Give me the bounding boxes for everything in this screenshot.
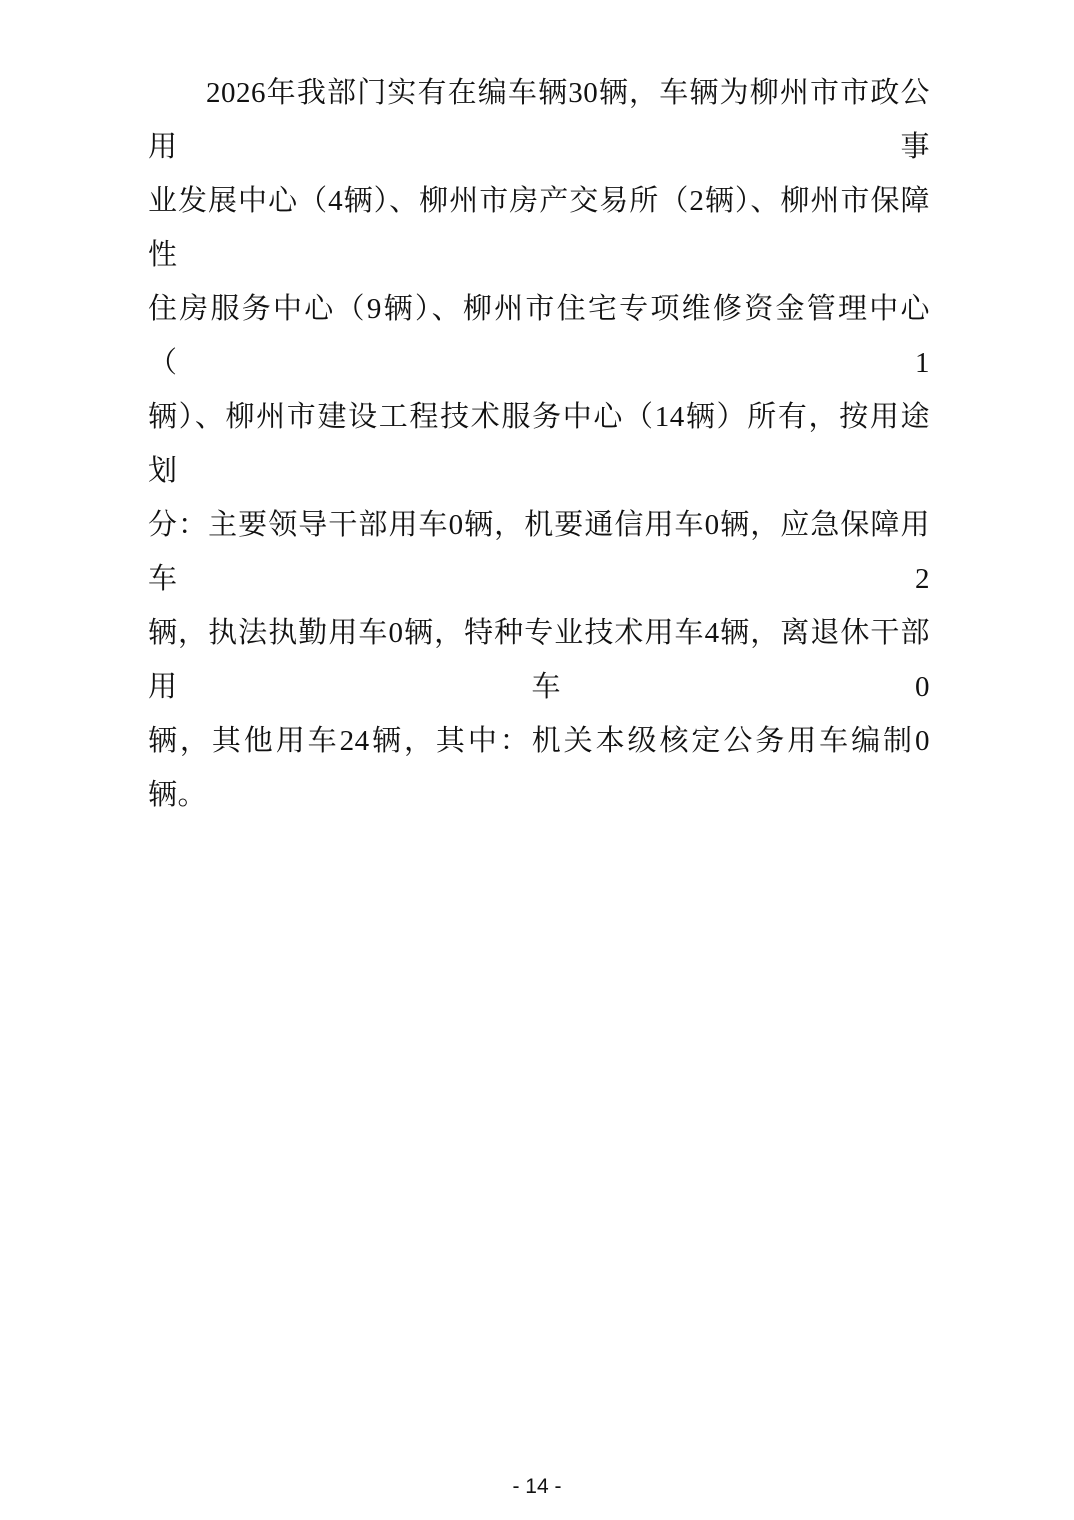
paragraph-line: 辆，其他用车24辆，其中：机关本级核定公务用车编制0辆。: [148, 714, 930, 822]
page-number: - 14 -: [0, 1474, 1074, 1500]
paragraph-line: 业发展中心（4辆）、柳州市房产交易所（2辆）、柳州市保障性: [148, 174, 930, 282]
paragraph-line: 辆，执法执勤用车0辆，特种专业技术用车4辆，离退休干部用车0: [148, 606, 930, 714]
document-page: 2026年我部门实有在编车辆30辆，车辆为柳州市市政公用事 业发展中心（4辆）、…: [0, 0, 1074, 1520]
paragraph-line: 分：主要领导干部用车0辆，机要通信用车0辆，应急保障用车2: [148, 498, 930, 606]
paragraph-line: 辆）、柳州市建设工程技术服务中心（14辆）所有，按用途划: [148, 390, 930, 498]
vehicle-statistics-paragraph: 2026年我部门实有在编车辆30辆，车辆为柳州市市政公用事 业发展中心（4辆）、…: [148, 66, 930, 822]
paragraph-line: 住房服务中心（9辆）、柳州市住宅专项维修资金管理中心（1: [148, 282, 930, 390]
paragraph-line: 2026年我部门实有在编车辆30辆，车辆为柳州市市政公用事: [148, 66, 930, 174]
